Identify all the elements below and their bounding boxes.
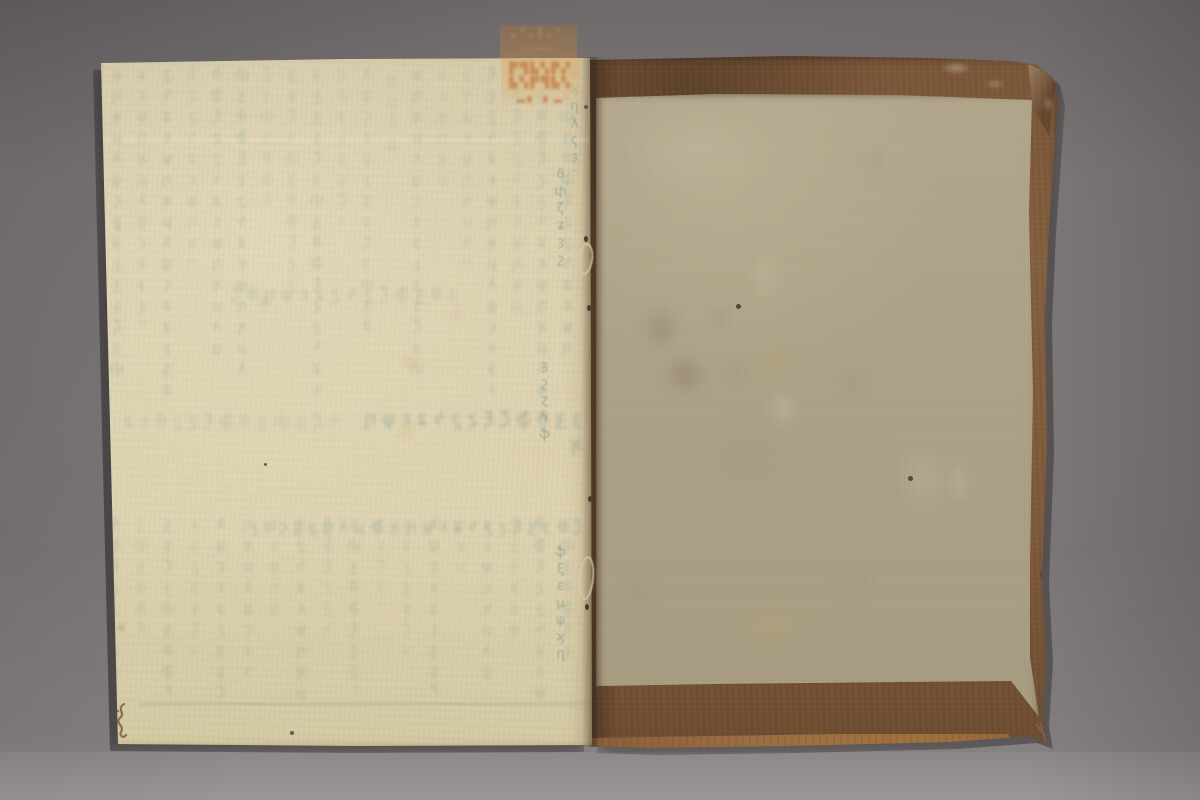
- lining-stain: [851, 144, 895, 176]
- bleed-through-cluster: ϟζȝփʒϑֆξɀշϑεʑ: [114, 411, 340, 455]
- pink-bleed-mark: [308, 525, 324, 543]
- lining-speck: [736, 304, 741, 309]
- page-stain: [394, 421, 420, 443]
- bleed-through-text-column: շϟʑεψղϗμλցϛƨҙչ: [460, 65, 480, 265]
- lining-scuff: [944, 452, 974, 514]
- binding-hole: [588, 496, 592, 502]
- sticker-print-row: ▖▘▖▌▖▘: [500, 28, 577, 40]
- sticker-print-row: ▂▖ ▖▂: [501, 90, 580, 104]
- bleed-through-text-column: λցϛƨҙչӡşζȝփʒϑ: [214, 515, 234, 705]
- bleed-through-text-column: ψղϗμλցϛƨҙչӡşζȝփʒϑֆξɀ: [110, 65, 130, 375]
- bleed-through-text-column: ϑփζʑȝշɀϟֆ: [550, 167, 567, 267]
- page-stain: [396, 351, 424, 371]
- bleed-through-text-column: ȝփʒϑֆξɀշϟʑεψ: [347, 515, 367, 690]
- bleed-through-text-column: ϗμλցϛƨҙ: [385, 71, 405, 161]
- lining-stain-yellow: [731, 604, 815, 646]
- lining-scuff: [748, 242, 784, 312]
- lining-stain: [701, 297, 739, 339]
- bleed-through-text-column: փʒϑֆξɀշϟʑεψղϗμλցϛƨҙչ: [235, 65, 255, 385]
- lining-stain: [654, 347, 716, 403]
- bleed-through-text-column: ψղϗμλցϛƨҙչӡşζȝփʒϑֆξɀ: [410, 65, 430, 375]
- binding-hole: [587, 305, 591, 311]
- bleed-through-text-column: ζȝփʒϑֆξɀշϟ: [260, 65, 280, 205]
- lining-stain: [682, 412, 812, 507]
- bleed-through-text-column: ҙչӡşζȝփʒϑֆξɀշϟʑεψղϗμλ: [310, 65, 330, 395]
- bleed-through-text-column: ղϗμλցϛ: [454, 515, 474, 575]
- foxing-spot: [114, 223, 123, 233]
- pink-bleed-mark: [448, 303, 465, 324]
- binding-hole: [584, 236, 588, 242]
- bleed-through-text-column: շϟʑεψղϗμλցϛƨҙչӡşζȝփʒϑ: [160, 65, 180, 395]
- ruled-frame-line: [138, 703, 588, 705]
- lining-stain-yellow: [758, 347, 790, 379]
- page-speck: [264, 463, 267, 466]
- lining-stain: [821, 554, 885, 606]
- bleed-through-text-column: ξɀշϟʑεψղϗμλցϛƨ: [185, 65, 205, 265]
- cover-lining-paper: [596, 92, 1040, 732]
- sticker-print-row: ▂ ▂▂: [500, 40, 577, 52]
- bleed-through-text-column: ֆξεμψϗղλςҙ: [550, 545, 567, 661]
- cover-edge-scuff: [982, 78, 1008, 90]
- sticker-print-row: ▙▚▛▜▙▚: [501, 76, 580, 90]
- inside-back-cover: [590, 56, 1060, 752]
- binding-hole: [585, 604, 589, 610]
- bleed-through-text-column: ȝշɀϟֆξεμ: [534, 359, 551, 443]
- bleed-through-text-column: ӡşζȝփʒϑֆξɀշϟ: [161, 515, 181, 695]
- page-bleed-layer: ȝϑʒֆζշϟɀʑεψղϑζ ϟζȝփʒϑֆξɀշϑεʑ ȝʒϑֆζξɀշϟʑε…: [98, 55, 595, 749]
- bleed-through-text-column: ʑεψղϗμλցϛƨҙչ: [480, 515, 500, 685]
- bleed-through-text-column: ȝփʒϑֆξɀշϟ: [134, 515, 154, 635]
- book-final-page: ȝϑʒֆζշϟɀʑεψղϑζ ϟζȝփʒϑֆξɀշϑεʑ ȝʒϑֆζξɀշϟʑε…: [98, 55, 595, 749]
- cover-edge-scuff: [1042, 94, 1055, 114]
- book-gutter-shadow: [582, 57, 604, 747]
- photograph-of-open-book: ▖▘▖▌▖▘ ▂ ▂▂: [0, 0, 1200, 800]
- pink-bleed-mark: [254, 289, 276, 315]
- backdrop-bottom-strip: [0, 752, 1200, 800]
- bleed-through-text-column: ʑεψղϗμλցϛƨҙչӡşζȝփ: [135, 65, 155, 325]
- bleed-through-text-column: ʑεψղϗμλցϛ: [267, 515, 287, 625]
- label-sticker-bleed-on-page: ▛▜▙▚▛▞ ▙▚▛▜▙▚ ▂▖ ▖▂: [501, 58, 580, 108]
- bleed-through-text-column: ϑֆξɀշϟʑεψղϗμλցϛƨҙչӡ: [210, 65, 230, 365]
- bleed-through-text-column: ӡşζȝփʒϑ: [374, 515, 394, 605]
- lining-stain: [612, 562, 666, 624]
- lining-scuff: [596, 92, 796, 212]
- bleed-through-text-column: ƨҙչӡşζȝփʒϑ: [188, 515, 208, 655]
- bleed-through-text-column: ʑεψղϗμλցϛ: [435, 65, 455, 185]
- lining-speck: [908, 476, 913, 481]
- bleed-through-text-column: ƨҙչӡşζȝփʒϑ: [400, 515, 420, 655]
- cover-edge-scuff: [935, 60, 977, 76]
- page-speck: [290, 731, 294, 735]
- bleed-through-text-column: ɀշϟʑεψղϗμλցϛƨ: [294, 515, 314, 700]
- lining-stain: [714, 350, 756, 396]
- bleed-through-text-column: ϛƨҙչӡşζȝփʒϑ: [335, 65, 355, 225]
- bleed-through-text-column: ɀշϟʑεψղϗμ: [507, 515, 527, 635]
- bleed-through-text-column: λցϛƨҙչӡşζȝփʒϑֆξɀշ: [360, 65, 380, 335]
- bleed-through-text-column: λցϛƨҙչӡşζȝփʒ: [427, 515, 447, 695]
- foxing-spot: [116, 621, 127, 634]
- lining-stain: [832, 364, 878, 406]
- bleed-through-text-column: ӡşζȝփʒϑֆξɀշϟʑεψ: [285, 65, 305, 295]
- bleed-through-text-column: ξɀշϟʑεψղϗμλցϛƨҙչӡşζȝփ: [485, 65, 505, 395]
- sticker-print-row: ▛▜▙▚▛▞: [501, 62, 580, 76]
- bleed-through-text-column: ղϗμλցϛƨҙչӡş: [241, 515, 261, 675]
